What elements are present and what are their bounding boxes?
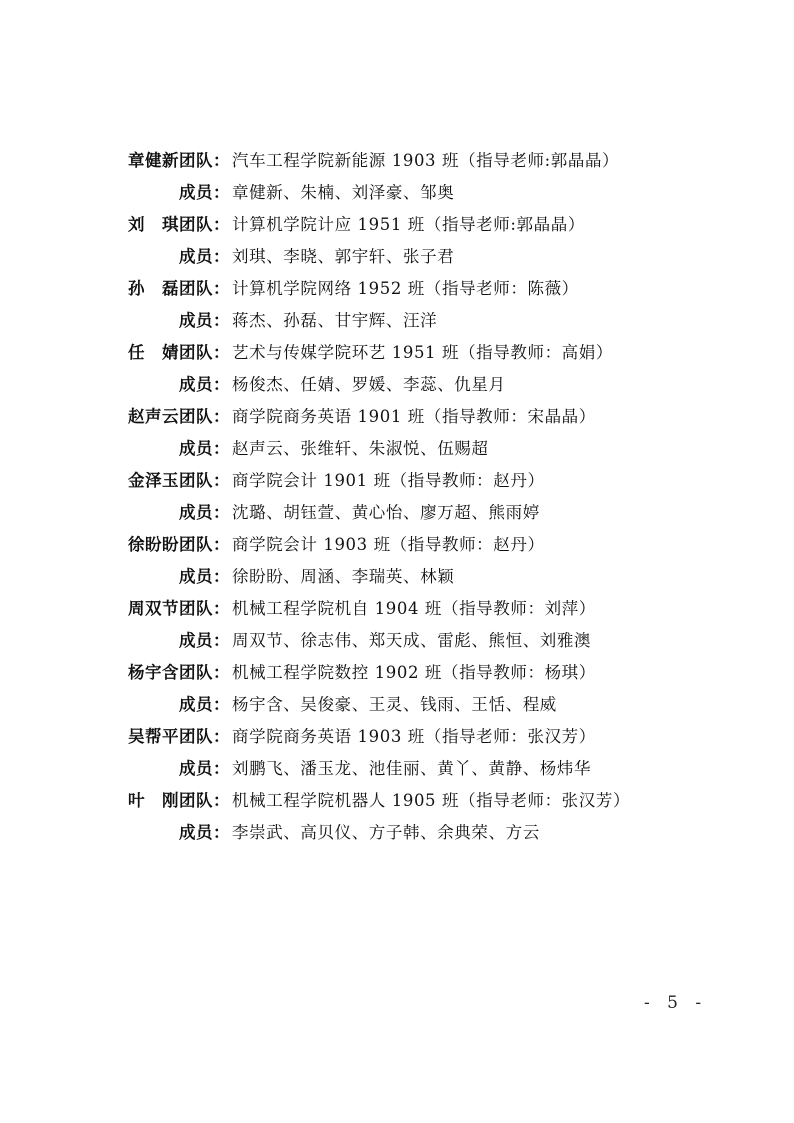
team-label: 吴帮平团队： — [112, 721, 232, 753]
members-list: 杨俊杰、任婧、罗媛、李蕊、仇星月 — [232, 369, 712, 401]
members-label: 成员： — [112, 625, 232, 657]
members-list: 李崇武、高贝仪、方子韩、余典荣、方云 — [232, 817, 712, 849]
members-list: 赵声云、张维轩、朱淑悦、伍赐超 — [232, 433, 712, 465]
team-description: 商学院会计 1903 班（指导教师：赵丹） — [232, 529, 712, 561]
team-label: 赵声云团队： — [112, 401, 232, 433]
members-list: 刘琪、李晓、郭宇轩、张子君 — [232, 241, 712, 273]
members-label: 成员： — [112, 241, 232, 273]
members-row: 成员： 杨宇含、吴俊豪、王灵、钱雨、王恬、程威 — [112, 689, 712, 721]
team-row: 徐盼盼团队： 商学院会计 1903 班（指导教师：赵丹） — [112, 529, 712, 561]
team-label: 徐盼盼团队： — [112, 529, 232, 561]
members-list: 徐盼盼、周涵、李瑞英、林颖 — [232, 561, 712, 593]
team-label: 叶 刚团队： — [112, 785, 232, 817]
team-row: 章健新团队： 汽车工程学院新能源 1903 班（指导老师:郭晶晶） — [112, 145, 712, 177]
members-label: 成员： — [112, 305, 232, 337]
team-label: 任 婧团队： — [112, 337, 232, 369]
team-description: 商学院商务英语 1903 班（指导老师：张汉芳） — [232, 721, 712, 753]
document-page: 章健新团队： 汽车工程学院新能源 1903 班（指导老师:郭晶晶） 成员： 章健… — [0, 0, 794, 1123]
members-row: 成员： 沈璐、胡钰萱、黄心怡、廖万超、熊雨婷 — [112, 497, 712, 529]
members-label: 成员： — [112, 177, 232, 209]
members-row: 成员： 李崇武、高贝仪、方子韩、余典荣、方云 — [112, 817, 712, 849]
members-list: 刘鹏飞、潘玉龙、池佳丽、黄丫、黄静、杨炜华 — [232, 753, 712, 785]
team-description: 商学院会计 1901 班（指导教师：赵丹） — [232, 465, 712, 497]
members-row: 成员： 章健新、朱楠、刘泽豪、邹奥 — [112, 177, 712, 209]
members-label: 成员： — [112, 753, 232, 785]
members-list: 蒋杰、孙磊、甘宇辉、汪洋 — [232, 305, 712, 337]
members-row: 成员： 周双节、徐志伟、郑天成、雷彪、熊恒、刘雅澳 — [112, 625, 712, 657]
team-description: 机械工程学院数控 1902 班（指导教师：杨琪） — [232, 657, 712, 689]
team-row: 金泽玉团队： 商学院会计 1901 班（指导教师：赵丹） — [112, 465, 712, 497]
team-label: 杨宇含团队： — [112, 657, 232, 689]
members-list: 沈璐、胡钰萱、黄心怡、廖万超、熊雨婷 — [232, 497, 712, 529]
team-row: 叶 刚团队： 机械工程学院机器人 1905 班（指导老师：张汉芳） — [112, 785, 712, 817]
team-description: 机械工程学院机自 1904 班（指导教师：刘萍） — [232, 593, 712, 625]
team-row: 周双节团队： 机械工程学院机自 1904 班（指导教师：刘萍） — [112, 593, 712, 625]
team-description: 机械工程学院机器人 1905 班（指导老师：张汉芳） — [232, 785, 712, 817]
members-row: 成员： 徐盼盼、周涵、李瑞英、林颖 — [112, 561, 712, 593]
members-list: 周双节、徐志伟、郑天成、雷彪、熊恒、刘雅澳 — [232, 625, 712, 657]
members-label: 成员： — [112, 561, 232, 593]
members-list: 章健新、朱楠、刘泽豪、邹奥 — [232, 177, 712, 209]
team-label: 刘 琪团队： — [112, 209, 232, 241]
members-row: 成员： 蒋杰、孙磊、甘宇辉、汪洋 — [112, 305, 712, 337]
team-label: 章健新团队： — [112, 145, 232, 177]
team-label: 孙 磊团队： — [112, 273, 232, 305]
team-label: 周双节团队： — [112, 593, 232, 625]
members-label: 成员： — [112, 689, 232, 721]
team-row: 赵声云团队： 商学院商务英语 1901 班（指导教师：宋晶晶） — [112, 401, 712, 433]
team-label: 金泽玉团队： — [112, 465, 232, 497]
team-row: 刘 琪团队： 计算机学院计应 1951 班（指导老师:郭晶晶） — [112, 209, 712, 241]
members-row: 成员： 刘鹏飞、潘玉龙、池佳丽、黄丫、黄静、杨炜华 — [112, 753, 712, 785]
page-number: - 5 - — [644, 993, 707, 1013]
members-label: 成员： — [112, 497, 232, 529]
team-list: 章健新团队： 汽车工程学院新能源 1903 班（指导老师:郭晶晶） 成员： 章健… — [112, 145, 712, 849]
team-description: 商学院商务英语 1901 班（指导教师：宋晶晶） — [232, 401, 712, 433]
team-description: 计算机学院计应 1951 班（指导老师:郭晶晶） — [232, 209, 712, 241]
team-row: 孙 磊团队： 计算机学院网络 1952 班（指导老师：陈薇） — [112, 273, 712, 305]
team-description: 计算机学院网络 1952 班（指导老师：陈薇） — [232, 273, 712, 305]
members-row: 成员： 刘琪、李晓、郭宇轩、张子君 — [112, 241, 712, 273]
members-label: 成员： — [112, 369, 232, 401]
members-label: 成员： — [112, 817, 232, 849]
members-row: 成员： 杨俊杰、任婧、罗媛、李蕊、仇星月 — [112, 369, 712, 401]
members-list: 杨宇含、吴俊豪、王灵、钱雨、王恬、程威 — [232, 689, 712, 721]
team-row: 任 婧团队： 艺术与传媒学院环艺 1951 班（指导教师：高娟） — [112, 337, 712, 369]
members-row: 成员： 赵声云、张维轩、朱淑悦、伍赐超 — [112, 433, 712, 465]
team-row: 杨宇含团队： 机械工程学院数控 1902 班（指导教师：杨琪） — [112, 657, 712, 689]
team-row: 吴帮平团队： 商学院商务英语 1903 班（指导老师：张汉芳） — [112, 721, 712, 753]
members-label: 成员： — [112, 433, 232, 465]
team-description: 艺术与传媒学院环艺 1951 班（指导教师：高娟） — [232, 337, 712, 369]
team-description: 汽车工程学院新能源 1903 班（指导老师:郭晶晶） — [232, 145, 712, 177]
